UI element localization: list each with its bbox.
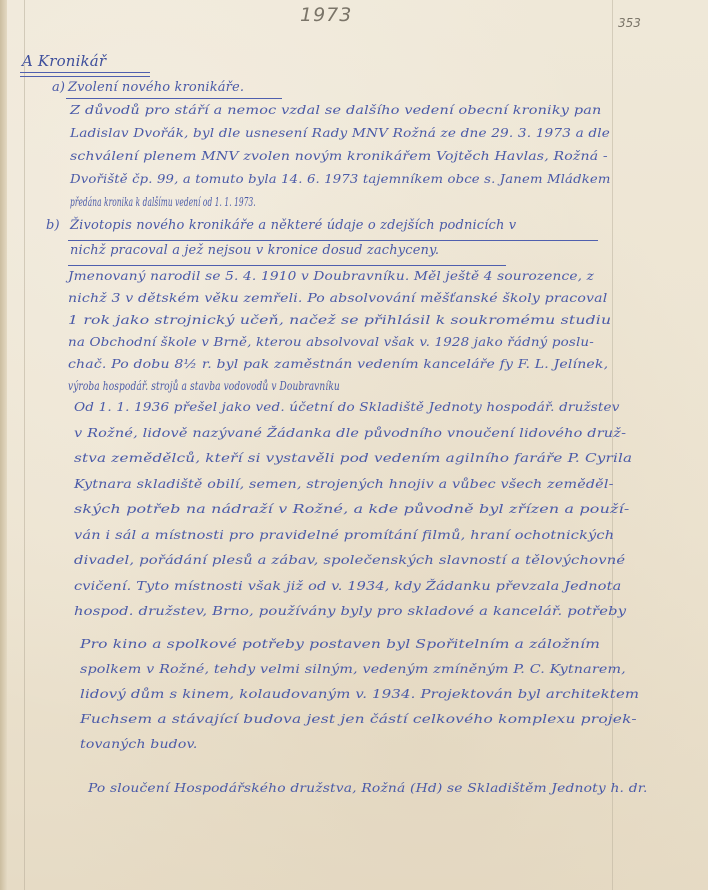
subsection-b-underline-2 [68,265,506,266]
subsection-b-heading-line-1: Životopis nového kronikáře a některé úda… [70,218,516,233]
handwritten-line: lidový dům s kinem, kolaudovaným v. 1934… [80,686,639,701]
page-year: 1973 [300,4,352,26]
handwritten-line: cvičení. Tyto místnosti však již od v. 1… [74,578,621,593]
handwritten-line: Pro kino a spolkové potřeby postaven byl… [80,636,600,651]
handwritten-line: divadel, pořádání plesů a zábav, společe… [74,552,625,567]
subsection-a-label: a) [52,80,65,95]
section-title: A Kronikář [22,52,106,70]
handwritten-line: Z důvodů pro stáří a nemoc vzdal se dalš… [70,102,601,117]
handwritten-line: Dvořiště čp. 99, a tomuto byla 14. 6. 19… [70,171,611,186]
subsection-b-heading-line-2: nichž pracoval a jež nejsou v kronice do… [70,243,439,258]
handwritten-line: ván i sál a místnosti pro pravidelné pro… [74,527,614,542]
chronicle-page: 1973 353 A Kronikář a) Zvolení nového kr… [0,0,708,890]
handwritten-line: Fuchsem a stávající budova jest jen část… [80,711,637,726]
handwritten-line: stva zemědělců, kteří si vystavěli pod v… [74,450,632,465]
handwritten-line: na Obchodní škole v Brně, kterou absolvo… [68,334,594,349]
handwritten-line: chač. Po dobu 8½ r. byl pak zaměstnán ve… [68,356,608,371]
handwritten-line: Jmenovaný narodil se 5. 4. 1910 v Doubra… [68,268,594,283]
handwritten-line: 1 rok jako strojnický učeň, načež se při… [68,312,611,327]
subsection-a-heading: Zvolení nového kronikáře. [68,80,244,95]
page-number: 353 [618,16,641,30]
handwritten-line: nichž 3 v dětském věku zemřeli. Po absol… [68,290,607,305]
subsection-b-underline-1 [68,240,598,241]
handwritten-line: hospod. družstev, Brno, používány byly p… [74,603,626,618]
subsection-b-label: b) [46,218,60,233]
handwritten-line: Od 1. 1. 1936 přešel jako ved. účetní do… [74,399,620,414]
left-margin-line [24,0,25,890]
handwritten-line: tovaných budov. [80,736,198,751]
handwritten-line: v Rožné, lidově nazývané Žádanka dle pův… [74,425,626,440]
handwritten-line: schválení plenem MNV zvolen novým kronik… [70,148,608,163]
handwritten-line: Ladislav Dvořák, byl dle usnesení Rady M… [70,125,610,140]
handwritten-line: předána kronika k dalšímu vedení od 1. 1… [70,194,256,209]
handwritten-line: výroba hospodář. strojů a stavba vodovod… [68,378,340,393]
handwritten-line: spolkem v Rožné, tehdy velmi silným, ved… [80,661,626,676]
subsection-a-underline [66,98,282,99]
handwritten-line: ských potřeb na nádraží v Rožné, a kde p… [74,501,629,516]
handwritten-line: Kytnara skladiště obilí, semen, strojený… [74,476,614,491]
handwritten-line: Po sloučení Hospodářského družstva, Rožn… [88,780,648,795]
section-title-underline [20,72,150,77]
right-margin-line [612,0,613,890]
